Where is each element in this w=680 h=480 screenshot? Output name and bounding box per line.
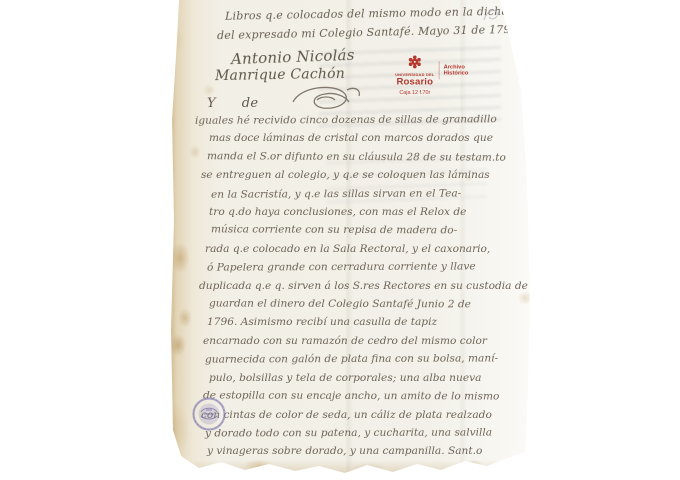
body-line: con cintas de color de seda, un cáliz de… — [201, 406, 511, 424]
archive-name-line-2: Histórico — [444, 70, 469, 76]
body-line: de estopilla con su encaje ancho, un ami… — [203, 387, 511, 406]
university-name-label: Rosario — [397, 77, 434, 86]
body-line: manda el S.or difunto en su cláusula 28 … — [207, 147, 511, 167]
item-marker-left: Y — [207, 96, 216, 111]
archivo-historico-stamp: UNIVERSIDAD DEL Rosario Archivo Históric… — [395, 54, 535, 114]
rosario-crest-icon — [407, 54, 423, 73]
body-line: y dorado todo con su patena, y cucharita… — [205, 423, 511, 442]
stamp-top-row: UNIVERSIDAD DEL Rosario Archivo Históric… — [395, 54, 527, 86]
archive-round-seal-icon — [191, 396, 227, 436]
body-line: duplicada q.e q. sirven á los S.res Rect… — [199, 277, 511, 295]
heading-line-2: del expresado mi Colegio Santafé. Mayo 3… — [217, 23, 518, 42]
body-line: tro q.do haya conclusiones, con mas el R… — [209, 203, 511, 221]
body-line: 1796. Asimismo recibí una casulla de tap… — [207, 313, 511, 331]
box-folio-label: Caja 12 f.70r — [395, 89, 435, 95]
body-line: música corriente con su repisa de madera… — [211, 221, 511, 241]
body-line: se entreguen al colegio, y q.e se coloqu… — [201, 166, 511, 184]
body-line: pulo, bolsillas y tela de corporales; un… — [209, 369, 511, 387]
archive-name-block: Archivo Histórico — [444, 64, 469, 77]
manuscript-body-text: iguales hé recivido cinco dozenas de sil… — [207, 111, 511, 461]
manuscript-paper-sheet: Libros q.e colocados del mismo modo en l… — [169, 0, 531, 478]
body-line: ó Papelera grande con cerradura corrient… — [207, 258, 511, 278]
manuscript-scan-page: Libros q.e colocados del mismo modo en l… — [0, 0, 680, 480]
body-line: rada q.e colocado en la Sala Rectoral, y… — [205, 240, 511, 258]
body-line: y vinageras sobre dorado, y una campanil… — [207, 442, 511, 460]
stamp-divider — [439, 61, 440, 79]
corner-flourish-mark-icon — [481, 6, 503, 30]
body-line: en la Sacristía, y q.e las sillas sirvan… — [211, 184, 511, 204]
item-marker-line: Yde — [207, 96, 258, 111]
body-line: guardan el dinero del Colegio Santafé Ju… — [209, 295, 511, 314]
signature-name-line-1: Antonio Nicolás — [231, 46, 355, 68]
item-marker-right: de — [242, 96, 258, 111]
body-line: encarnado con su ramazón de cedro del mi… — [203, 332, 511, 350]
body-line: guarnecida con galón de plata fina con s… — [205, 350, 511, 370]
university-brand-block: UNIVERSIDAD DEL Rosario — [395, 54, 435, 86]
body-line: mas doce láminas de cristal con marcos d… — [209, 129, 511, 147]
stamp-content: UNIVERSIDAD DEL Rosario Archivo Históric… — [395, 54, 527, 95]
